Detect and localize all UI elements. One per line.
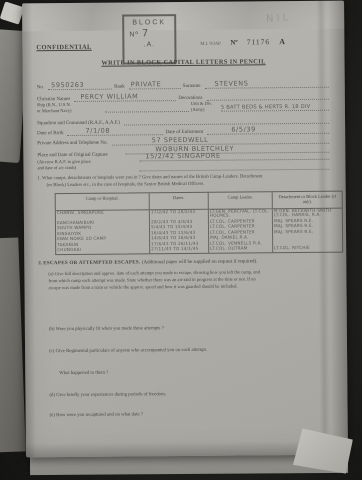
surname-field: STEVENS — [204, 79, 328, 89]
surname-value: STEVENS — [214, 79, 248, 87]
address-label: Private Address and Telephone No. — [37, 141, 110, 147]
camps-table-header-camp: Camp or Hospital. — [56, 193, 150, 210]
file-ref-org: M.I. 9/JAP. — [200, 41, 221, 46]
stamp-number-line: Nº 7 — [124, 28, 174, 39]
squadron-label: Squadron and Command (R.A.F., A.A.F.) — [37, 121, 122, 127]
section-2-item-d: (d) Give briefly your experiences during… — [49, 392, 166, 398]
enlistment-label: Date of Enlistment — [166, 130, 206, 135]
section-2-number: 2. — [38, 261, 42, 266]
date-of-birth-value: 7/1/08 — [85, 127, 110, 135]
item-a-line3: escape was made from a train or vehicle … — [48, 282, 334, 291]
camps-table-header-dates: Dates. — [150, 193, 209, 210]
section-2-item-a: (a) Give full description and approx. da… — [48, 269, 334, 292]
file-reference: M.I. 9/JAP. Nº 71176 A — [200, 37, 285, 47]
section-2-title: ESCAPES OR ATTEMPTED ESCAPES. — [43, 260, 140, 266]
capture-fields: 15/2/42 SINGAPORE — [137, 151, 331, 172]
paper-scrap — [0, 238, 26, 453]
field-row-unit: Ship (R.N., U.S.N. or Merchant Navy) Uni… — [37, 100, 331, 114]
capture-value: 15/2/42 SINGAPORE — [145, 152, 220, 161]
capture-label-line3: and date of a/c crash) — [37, 164, 137, 170]
pow-questionnaire-page: NIL BLOCK Nº 7 .A. CONFIDENTIAL M.I. 9/J… — [22, 1, 348, 458]
section-2-title-note: (Additional paper will be supplied on re… — [142, 259, 258, 265]
camps-table-cell: CHUNGKAI — [56, 248, 150, 254]
section-2-item-e: (e) How were you recaptured and on what … — [50, 412, 143, 418]
section-2-heading: 2. ESCAPES OR ATTEMPTED ESCAPES. (Additi… — [38, 259, 338, 267]
camps-table-cell: 27/11/43 TO 14/1/45 — [150, 247, 209, 253]
enlistment-value: 6/5/39 — [231, 125, 256, 133]
surname-label: Surname — [183, 84, 203, 89]
christian-names-value: PERCY WILLIAM — [80, 92, 138, 101]
photo-background: NIL BLOCK Nº 7 .A. CONFIDENTIAL M.I. 9/J… — [0, 0, 362, 480]
section-2-item-b: (b) Were you physically fit when you mad… — [49, 326, 164, 332]
file-ref-series: A — [279, 37, 285, 46]
unit-label: Unit & Div. (Army) — [191, 101, 219, 112]
camps-table: Camp or Hospital. Dates. Camp Leader. De… — [55, 191, 344, 256]
question-1-line2: (or Block) Leaders etc., in the case of … — [38, 180, 334, 190]
section-2-item-c-followup: What happened to them ? — [59, 371, 108, 376]
enlistment-field: 6/5/39 — [207, 125, 329, 135]
pencil-annotation: NIL — [266, 12, 292, 25]
unit-field: 5 BATT BEDS & HERTS R. 18 DIV — [221, 102, 329, 112]
camps-table-header-detachment: Detachment or Block Leader (if any). — [273, 192, 342, 209]
date-of-birth-field: 7/1/08 — [67, 126, 163, 136]
block-number-stamp: BLOCK Nº 7 .A. — [122, 14, 176, 64]
instruction-banner: WRITE IN BLOCK CAPITAL LETTERS IN PENCIL — [23, 58, 345, 68]
rank-field: PRIVATE — [129, 80, 181, 89]
stamp-suffix: .A. — [124, 41, 174, 48]
paper-scrap — [0, 1, 24, 24]
stamp-number-value: 7 — [142, 28, 149, 39]
file-ref-no-label: Nº — [230, 39, 237, 47]
unit-value: 5 BATT BEDS & HERTS R. 18 DIV — [221, 104, 310, 111]
camps-table-cell: LT.COL. OUTRAM — [209, 247, 273, 253]
ship-label: Ship (R.N., U.S.N. or Merchant Navy) — [37, 102, 103, 114]
camps-table-cell: LT.COL. RITCHIE — [273, 246, 342, 252]
field-row-capture: Place and Date of Original Capture (Airc… — [37, 151, 331, 173]
date-of-birth-label: Date of Birth — [37, 131, 65, 136]
capture-field-line2 — [139, 160, 329, 172]
unit-label-line2: (Army) — [191, 106, 219, 112]
rank-label: Rank — [114, 85, 127, 90]
rank-value: PRIVATE — [131, 80, 162, 88]
no-label: No. — [37, 85, 46, 90]
no-value: 5950263 — [51, 81, 84, 89]
ship-label-line2: or Merchant Navy) — [37, 107, 103, 113]
paper-shading — [22, 3, 36, 457]
capture-label: Place and Date of Original Capture (Airc… — [37, 152, 137, 170]
field-row-identity: No. 5950263 Rank PRIVATE Surname STEVENS — [37, 79, 331, 91]
question-1: 1. What camps, detachments or hospitals … — [38, 173, 334, 190]
camps-table-header-leader: Camp Leader. — [209, 192, 273, 209]
no-field: 5950263 — [48, 81, 112, 91]
confidential-label: CONFIDENTIAL — [36, 44, 91, 51]
squadron-field — [124, 115, 329, 126]
address-value-line1: 57 SPEEDWELL — [152, 136, 209, 144]
file-ref-number: 71176 — [247, 37, 271, 46]
stamp-no-prefix: Nº — [129, 31, 139, 38]
paper-wrinkle — [22, 1, 344, 32]
ship-field — [105, 103, 189, 113]
section-2-item-c: (c) Give Regimental particulars of anyon… — [49, 348, 207, 354]
stamp-text: BLOCK — [124, 19, 174, 26]
